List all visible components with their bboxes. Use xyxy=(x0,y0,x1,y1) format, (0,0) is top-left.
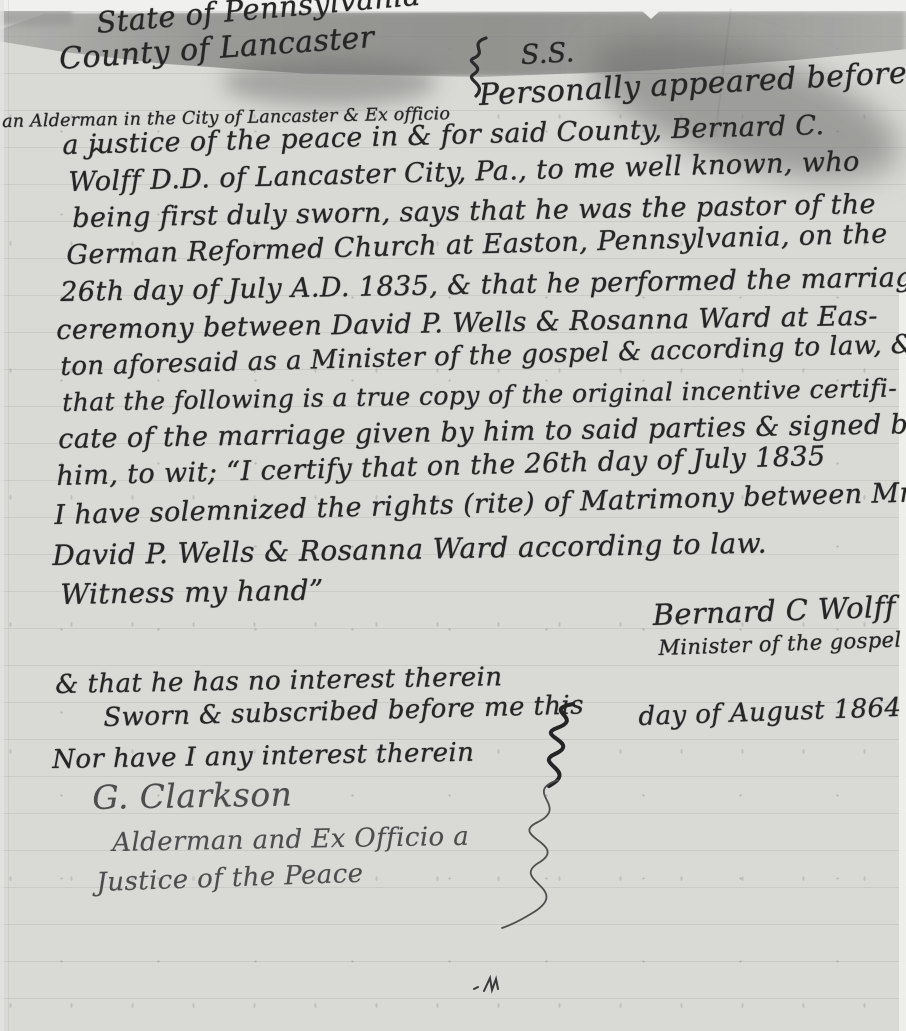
officer-title-line-1: Alderman and Ex Officio a xyxy=(112,822,469,858)
jurat-line-2: Nor have I any interest therein xyxy=(52,738,475,775)
left-edge-shadow xyxy=(0,9,72,26)
right-scan-edge xyxy=(899,282,906,1031)
left-scan-edge xyxy=(0,0,4,1031)
ink-blot xyxy=(472,975,506,995)
scanned-document-page: State of Pennsylvania County of Lancaste… xyxy=(0,0,906,1031)
minister-signature: Bernard C Wolff xyxy=(652,590,896,632)
minister-title: Minister of the gospel xyxy=(658,628,902,660)
officer-title-line-2: Justice of the Peace xyxy=(96,859,364,898)
jurat-brace-flourish-light xyxy=(498,778,582,930)
paper-notch xyxy=(640,9,662,19)
ink-smudge-shadow xyxy=(222,58,437,106)
left-margin-line xyxy=(8,0,9,1031)
handwriting-line: Witness my hand” xyxy=(60,573,324,611)
officer-signature: G. Clarkson xyxy=(92,775,293,817)
handwriting-line: that the following is a true copy of the… xyxy=(62,373,897,417)
ss-label: S.S. xyxy=(520,37,575,71)
jurat-date: day of August 1864 xyxy=(638,693,902,732)
handwriting-line: 26th day of July A.D. 1835, & that he pe… xyxy=(60,262,906,308)
handwriting-line: David P. Wells & Rosanna Ward according … xyxy=(52,527,767,572)
